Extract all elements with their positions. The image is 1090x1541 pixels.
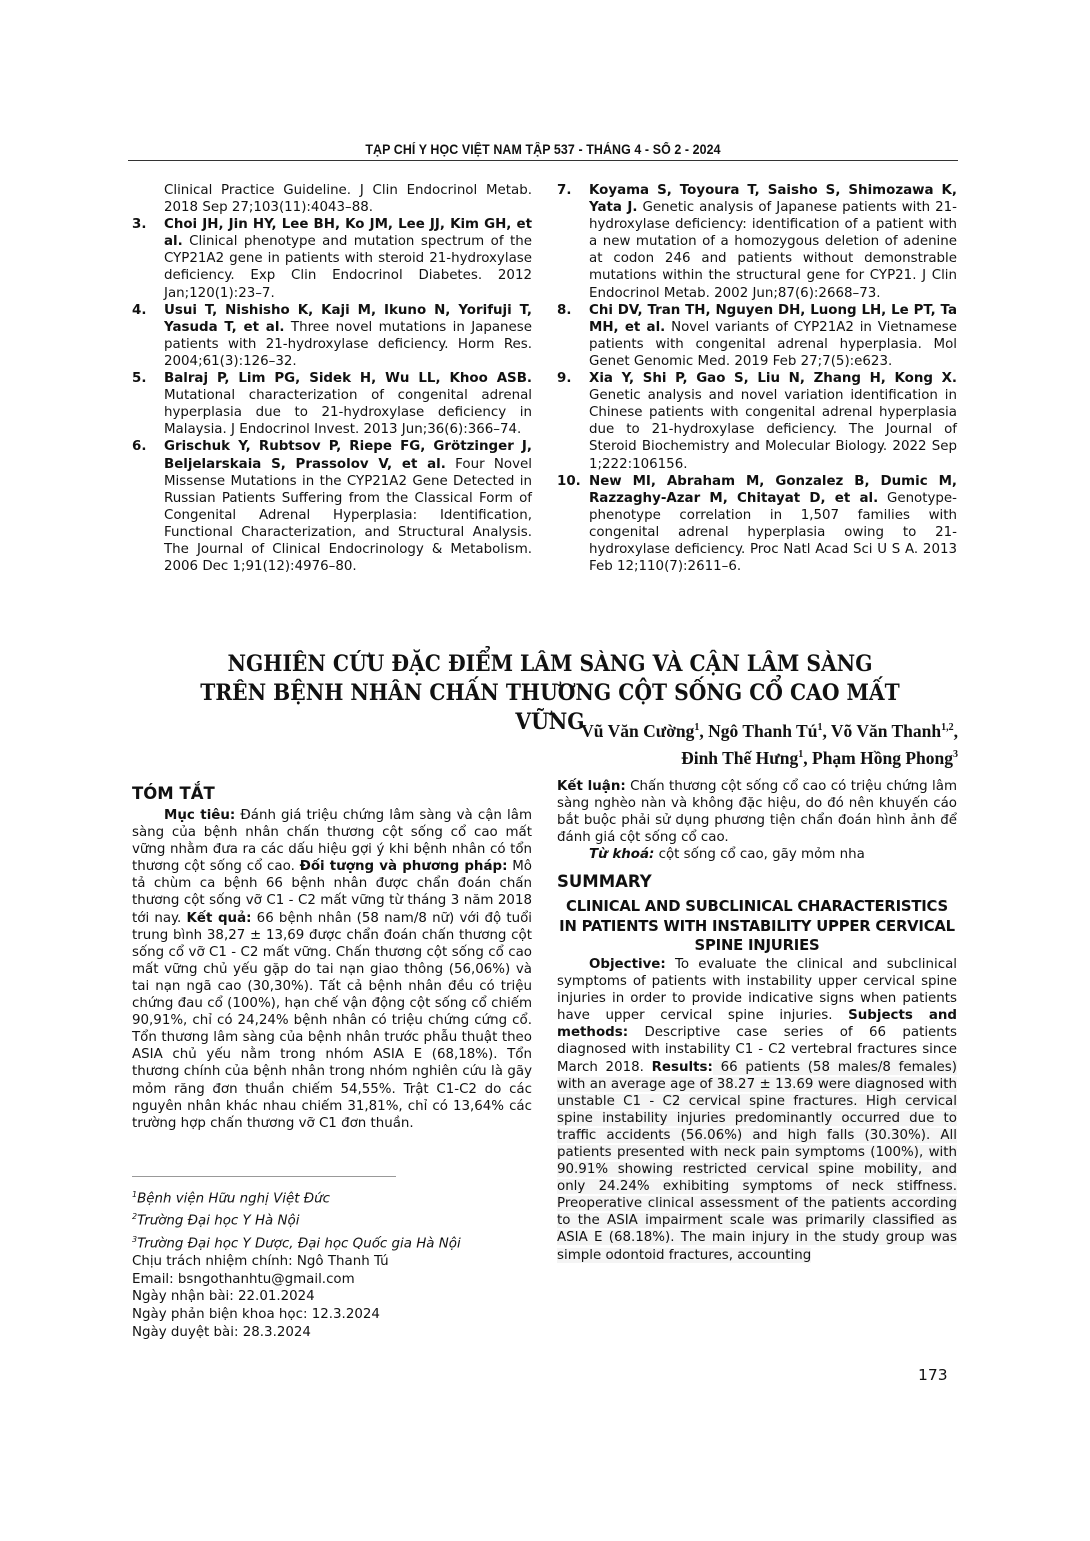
reference-text: Four Novel Missense Mutations in the CYP… <box>164 457 532 575</box>
affiliation-text: Bệnh viện Hữu nghị Việt Đức <box>137 1191 330 1206</box>
affiliation-text: Trường Đại học Y Dược, Đại học Quốc gia … <box>137 1236 461 1251</box>
date-reviewed: Ngày phản biện khoa học: 12.3.2024 <box>132 1306 532 1324</box>
section-heading-summary: SUMMARY <box>557 871 957 893</box>
keywords-paragraph: Từ khoá: cột sống cổ cao, gãy mỏm nha <box>557 846 957 863</box>
date-received: Ngày nhận bài: 22.01.2024 <box>132 1288 532 1306</box>
author-separator: , <box>822 721 830 741</box>
author-name: Đinh Thế Hưng <box>681 748 798 768</box>
running-head: TẠP CHÍ Y HỌC VIỆT NAM TẬP 537 - THÁNG 4… <box>161 142 925 157</box>
methods-label: Đối tượng và phương pháp: <box>300 859 508 874</box>
author-separator: , <box>803 748 812 768</box>
references-left-column: Clinical Practice Guideline. J Clin Endo… <box>132 182 532 575</box>
page-number: 173 <box>918 1366 948 1384</box>
footnotes: 1Bệnh viện Hữu nghị Việt Đức 2Trường Đại… <box>132 1186 532 1342</box>
abstract-vietnamese: TÓM TẮT Mục tiêu: Đánh giá triệu chứng l… <box>132 783 532 1132</box>
date-accepted: Ngày duyệt bài: 28.3.2024 <box>132 1324 532 1342</box>
abstract-en-body: Objective: To evaluate the clinical and … <box>557 956 957 1264</box>
author-name: Võ Văn Thanh <box>831 721 941 741</box>
reference-number: 5. <box>132 370 146 387</box>
keywords-text: cột sống cổ cao, gãy mỏm nha <box>654 847 864 862</box>
conclusion-label: Kết luận: <box>557 779 626 794</box>
journal-page: TẠP CHÍ Y HỌC VIỆT NAM TẬP 537 - THÁNG 4… <box>0 0 1090 1541</box>
author-affiliation: 1,2 <box>941 722 954 733</box>
reference-number: 10. <box>557 473 581 490</box>
reference-text: Mutational characterization of congenita… <box>164 388 532 437</box>
keywords-label: Từ khoá: <box>589 847 654 862</box>
affiliation-1: 1Bệnh viện Hữu nghị Việt Đức <box>132 1186 532 1208</box>
objective-label-en: Objective: <box>589 957 666 972</box>
header-rule <box>128 160 958 161</box>
reference-item: 9. Xia Y, Shi P, Gao S, Liu N, Zhang H, … <box>557 370 957 473</box>
corresponding-author: Chịu trách nhiệm chính: Ngô Thanh Tú <box>132 1253 532 1271</box>
reference-text: Genetic analysis and novel variation ide… <box>589 388 957 471</box>
reference-number: 7. <box>557 182 571 199</box>
author-separator: , <box>954 721 958 741</box>
affiliation-2: 2Trường Đại học Y Hà Nội <box>132 1208 532 1230</box>
objective-label: Mục tiêu: <box>164 808 235 823</box>
reference-number: 3. <box>132 216 146 233</box>
conclusion-paragraph: ​Kết luận: Chấn thương cột sống cổ cao c… <box>557 778 957 846</box>
contact-email: Email: bsngothanhtu@gmail.com <box>132 1271 532 1289</box>
reference-item: 6. Grischuk Y, Rubtsov P, Riepe FG, Gröt… <box>132 438 532 575</box>
results-label: Kết quả: <box>187 911 252 926</box>
author-name: Vũ Văn Cường <box>581 721 694 741</box>
reference-item: 10. New MI, Abraham M, Gonzalez B, Dumic… <box>557 473 957 576</box>
reference-text: Genetic analysis of Japanese patients wi… <box>589 200 957 300</box>
affiliation-3: 3Trường Đại học Y Dược, Đại học Quốc gia… <box>132 1231 532 1253</box>
reference-text: Clinical Practice Guideline. J Clin Endo… <box>164 183 532 215</box>
article-title-line-1: NGHIÊN CỨU ĐẶC ĐIỂM LÂM SÀNG VÀ CẬN LÂM … <box>190 650 910 679</box>
reference-number: 9. <box>557 370 571 387</box>
section-heading-tom-tat: TÓM TẮT <box>132 783 532 805</box>
author-name: Ngô Thanh Tú <box>708 721 817 741</box>
reference-text: Clinical phenotype and mutation spectrum… <box>164 234 532 300</box>
author-affiliation: 3 <box>953 749 958 760</box>
reference-authors: Balraj P, Lim PG, Sidek H, Wu LL, Khoo A… <box>164 371 532 386</box>
affiliation-text: Trường Đại học Y Hà Nội <box>137 1214 299 1229</box>
references-right-column: 7. Koyama S, Toyoura T, Saisho S, Shimoz… <box>557 182 957 575</box>
footnote-rule <box>132 1176 396 1177</box>
results-text-en: 66 patients (58 males/8 females) with an… <box>557 1060 957 1263</box>
results-label-en: Results: <box>652 1060 713 1075</box>
reference-item: 5. Balraj P, Lim PG, Sidek H, Wu LL, Kho… <box>132 370 532 438</box>
reference-number: 8. <box>557 302 571 319</box>
reference-number: 6. <box>132 438 146 455</box>
reference-item: 4. Usui T, Nishisho K, Kaji M, Ikuno N, … <box>132 302 532 370</box>
results-text: 66 bệnh nhân (58 nam/8 nữ) với độ tuổi t… <box>132 911 532 1131</box>
author-name: Phạm Hồng Phong <box>812 748 953 768</box>
english-title: CLINICAL AND SUBCLINICAL CHARACTERISTICS… <box>557 897 957 956</box>
reference-number: 4. <box>132 302 146 319</box>
author-list: Vũ Văn Cường1, Ngô Thanh Tú1, Võ Văn Tha… <box>398 716 958 770</box>
reference-authors: Xia Y, Shi P, Gao S, Liu N, Zhang H, Kon… <box>589 371 957 386</box>
reference-item: 7. Koyama S, Toyoura T, Saisho S, Shimoz… <box>557 182 957 302</box>
abstract-right-column: ​Kết luận: Chấn thương cột sống cổ cao c… <box>557 778 957 1264</box>
reference-item: 3. Choi JH, Jin HY, Lee BH, Ko JM, Lee J… <box>132 216 532 301</box>
reference-item: 8. Chi DV, Tran TH, Nguyen DH, Luong LH,… <box>557 302 957 370</box>
abstract-vi-body: Mục tiêu: Đánh giá triệu chứng lâm sàng … <box>132 807 532 1132</box>
reference-item: Clinical Practice Guideline. J Clin Endo… <box>132 182 532 216</box>
author-separator: , <box>699 721 708 741</box>
